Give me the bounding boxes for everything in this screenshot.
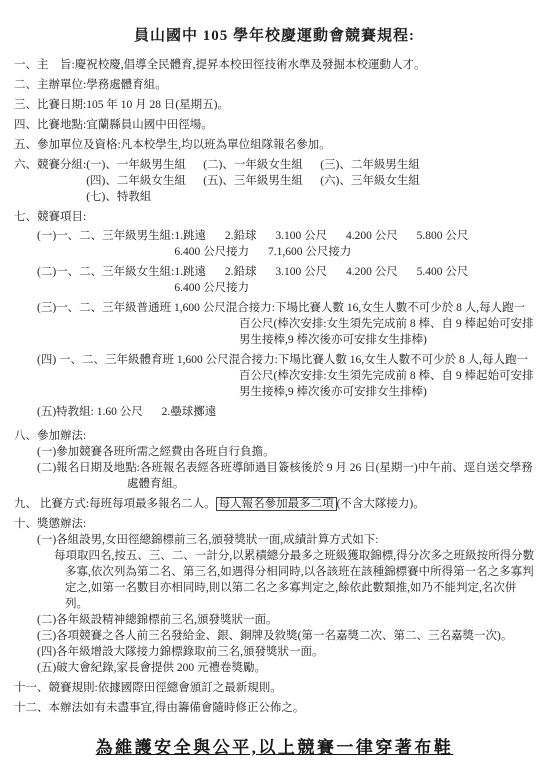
sub-item-championship: (一)各組設男,女田徑總錦標前三名,頒發獎狀一面,成績計算方式如下: xyxy=(37,532,535,548)
item-number: 一、 xyxy=(14,57,37,73)
item-organizer: 二、 主辦單位:學務處體育組。 xyxy=(14,77,535,93)
awards-content: 獎懲辦法: (一)各組設男,女田徑總錦標前三名,頒發獎狀一面,成績計算方式如下:… xyxy=(37,516,535,676)
sub-item-expense: (一)參加競賽各班所需之經費由各班自行負擔。 xyxy=(37,444,535,460)
group-label: (五)、三年級男生組 xyxy=(203,173,320,189)
item-text: 比賽日期:105 年 10 月 28 日(星期五)。 xyxy=(37,97,535,113)
event-list: 1.跳遠 2.鉛球 3.100 公尺 4.200 公尺 5.800 公尺 6.4… xyxy=(174,228,504,260)
event-label: 6.400 公尺接力 xyxy=(174,244,249,260)
event-label: 5.400 公尺 xyxy=(417,264,469,280)
group-label: (七)、特教組 xyxy=(86,189,203,205)
item-text: 競賽規則:依據國際田徑總會頒訂之最新規則。 xyxy=(49,680,536,696)
event-label: 1.跳遠 xyxy=(174,264,206,280)
format-text-pre: 比賽方式:每班每項最多報名二人。 xyxy=(40,498,216,510)
sub-item-boys-events: (一)一、二、三年級男生組: 1.跳遠 2.鉛球 3.100 公尺 4.200 … xyxy=(37,228,535,260)
events-label: 競賽項目: xyxy=(37,209,535,225)
group-label: (三)、二年級男生組 xyxy=(320,157,437,173)
item-number: 七、 xyxy=(14,209,37,424)
item-text: 參加單位及資格:凡本校學生,均以班為單位組隊報名參加。 xyxy=(37,137,535,153)
event-label: 2.鉛球 xyxy=(225,264,257,280)
sub-item-special-ed-events: (五)特教組: 1.60 公尺 2.壘球擲遠 xyxy=(37,404,535,420)
group-label: (一)、一年級男生組 xyxy=(86,157,203,173)
item-text: 比賽地點:宜蘭縣員山國中田徑場。 xyxy=(37,117,535,133)
event-label: 1.60 公尺 xyxy=(97,404,143,420)
grouping-content: 競賽分組: (一)、一年級男生組 (二)、一年級女生組 (三)、二年級男生組 (… xyxy=(37,157,535,205)
sub-item-spirit-award: (二)各年級設精神總錦標前三名,頒發獎狀一面。 xyxy=(37,612,535,628)
item-purpose: 一、 主 旨:慶祝校慶,倡導全民體育,提昇本校田徑技術水準及發掘本校運動人才。 xyxy=(14,57,535,73)
group-label: (六)、三年級女生組 xyxy=(320,173,437,189)
event-list: 1.60 公尺 2.壘球擲遠 xyxy=(97,404,233,420)
events-content: 競賽項目: (一)一、二、三年級男生組: 1.跳遠 2.鉛球 3.100 公尺 … xyxy=(37,209,535,424)
footer-notice: 為維護安全與公平,以上競賽一律穿著布鞋 xyxy=(14,736,535,760)
item-format: 九、 比賽方式:每班每項最多報名二人。每人報名參加最多二項(不含大隊接力)。 xyxy=(14,496,535,512)
event-label: 2.壘球擲遠 xyxy=(162,404,217,420)
item-events: 七、 競賽項目: (一)一、二、三年級男生組: 1.跳遠 2.鉛球 3.100 … xyxy=(14,209,535,424)
item-number: 三、 xyxy=(14,97,37,113)
item-grouping: 六、 競賽分組: (一)、一年級男生組 (二)、一年級女生組 (三)、二年級男生… xyxy=(14,157,535,205)
event-label: 1.跳遠 xyxy=(174,228,206,244)
event-label: 4.200 公尺 xyxy=(346,228,398,244)
item-text: 本辦法如有未盡事宜,得由籌備會隨時修正公佈之。 xyxy=(49,700,536,716)
item-location: 四、 比賽地點:宜蘭縣員山國中田徑場。 xyxy=(14,117,535,133)
event-label: 3.100 公尺 xyxy=(275,264,327,280)
item-number: 二、 xyxy=(14,77,37,93)
sub-item-regular-relay: (三)一、二、三年級普通班 1,600 公尺混合接力:下場比賽人數 16,女生人… xyxy=(239,300,535,348)
event-label: 4.200 公尺 xyxy=(346,264,398,280)
item-awards: 十、 獎懲辦法: (一)各組設男,女田徑總錦標前三名,頒發獎狀一面,成績計算方式… xyxy=(14,516,535,676)
event-label: 2.鉛球 xyxy=(225,228,257,244)
registration-label: 參加辦法: xyxy=(37,428,535,444)
item-number: 九、 xyxy=(14,496,40,512)
awards-label: 獎懲辦法: xyxy=(37,516,535,532)
sub-item-scoring-detail: 每項取四名,按五、三、二、一計分,以累積總分最多之班級獲取錦標,得分次多之班級按… xyxy=(65,548,535,612)
format-text: 比賽方式:每班每項最多報名二人。每人報名參加最多二項(不含大隊接力)。 xyxy=(40,496,535,512)
sub-item-relay-award: (四)各年級增設大隊接力錦標錄取前三名,頒發獎狀一面。 xyxy=(37,644,535,660)
event-label: 6.400 公尺接力 xyxy=(174,280,249,296)
item-number: 十、 xyxy=(14,516,37,676)
group-label: (四)、二年級女生組 xyxy=(86,173,203,189)
item-number: 八、 xyxy=(14,428,37,492)
item-date: 三、 比賽日期:105 年 10 月 28 日(星期五)。 xyxy=(14,97,535,113)
sub-item-label: (五)特教組: xyxy=(37,404,97,420)
page-title: 員山國中 105 學年校慶運動會競賽規程: xyxy=(14,26,535,46)
sub-item-athletic-relay: (四) 一、二、三年級體育班 1,600 公尺混合接力:下場比賽人數 16,女生… xyxy=(239,352,535,400)
item-number: 五、 xyxy=(14,137,37,153)
event-label: 7.1,600 公尺接力 xyxy=(268,244,351,260)
sub-item-record-bonus: (五)破大會紀錄,家長會提供 200 元禮卷獎勵。 xyxy=(37,660,535,676)
item-number: 十二、 xyxy=(14,700,49,716)
group-list: (一)、一年級男生組 (二)、一年級女生組 (三)、二年級男生組 (四)、二年級… xyxy=(86,157,442,205)
item-eligibility: 五、 參加單位及資格:凡本校學生,均以班為單位組隊報名參加。 xyxy=(14,137,535,153)
item-number: 十一、 xyxy=(14,680,49,696)
sub-item-label: (二)一、二、三年級女生組: xyxy=(37,264,174,296)
sub-item-medals: (三)各項競賽之各人前三名發給金、銀、銅牌及敘獎(第一名嘉獎二次、第二、三名嘉獎… xyxy=(37,628,535,644)
registration-content: 參加辦法: (一)參加競賽各班所需之經費由各班自行負擔。 (二)報名日期及地點:… xyxy=(37,428,535,492)
item-registration: 八、 參加辦法: (一)參加競賽各班所需之經費由各班自行負擔。 (二)報名日期及… xyxy=(14,428,535,492)
sub-item-girls-events: (二)一、二、三年級女生組: 1.跳遠 2.鉛球 3.100 公尺 4.200 … xyxy=(37,264,535,296)
item-number: 四、 xyxy=(14,117,37,133)
item-text: 主 旨:慶祝校慶,倡導全民體育,提昇本校田徑技術水準及發掘本校運動人才。 xyxy=(37,57,535,73)
event-label: 3.100 公尺 xyxy=(275,228,327,244)
item-rules: 十一、 競賽規則:依據國際田徑總會頒訂之最新規則。 xyxy=(14,680,535,696)
document-page: 員山國中 105 學年校慶運動會競賽規程: 一、 主 旨:慶祝校慶,倡導全民體育… xyxy=(0,0,543,768)
group-label: (二)、一年級女生組 xyxy=(203,157,320,173)
event-label: 5.800 公尺 xyxy=(417,228,469,244)
item-amendment: 十二、 本辦法如有未盡事宜,得由籌備會隨時修正公佈之。 xyxy=(14,700,535,716)
sub-item-deadline: (二)報名日期及地點:各班報名表經各班導師過目簽核後於 9 月 26 日(星期一… xyxy=(127,460,535,492)
item-text: 主辦單位:學務處體育組。 xyxy=(37,77,535,93)
boxed-note: 每人報名參加最多二項 xyxy=(216,497,337,511)
grouping-label: 競賽分組: xyxy=(37,157,86,205)
format-text-post: (不含大隊接力)。 xyxy=(337,498,425,510)
item-number: 六、 xyxy=(14,157,37,205)
sub-item-label: (一)一、二、三年級男生組: xyxy=(37,228,174,260)
event-list: 1.跳遠 2.鉛球 3.100 公尺 4.200 公尺 5.400 公尺 6.4… xyxy=(174,264,504,296)
